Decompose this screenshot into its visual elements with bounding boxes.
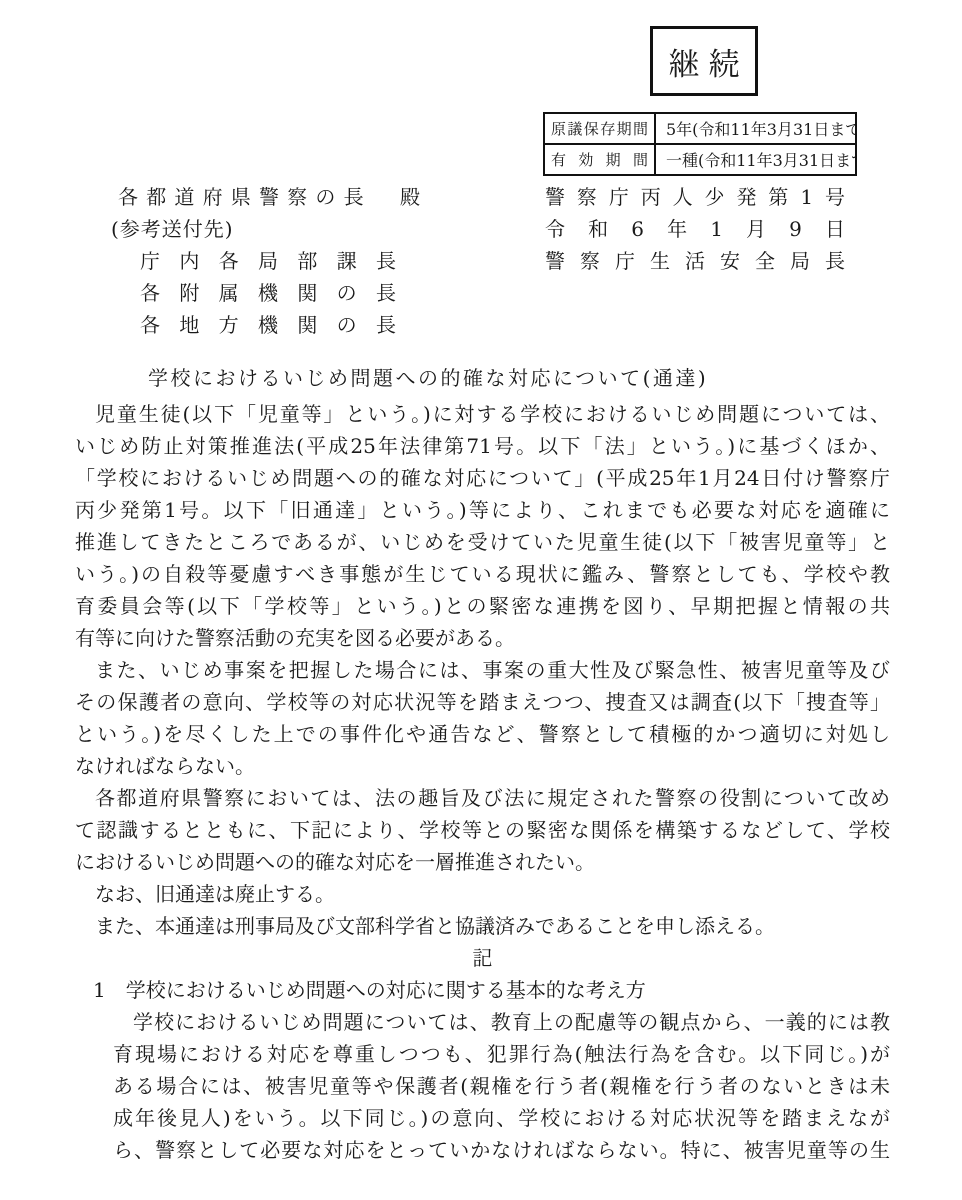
section-line: ある場合には、被害児童等や保護者(親権を行う者(親権を行う者のないときは未 bbox=[113, 1070, 890, 1102]
body-text: 児童生徒(以下「児童等」という。)に対する学校におけるいじめ問題については、 い… bbox=[75, 398, 890, 1166]
body-line: 丙少発第1号。以下「旧通達」という。)等により、これまでも必要な対応を適確に bbox=[75, 494, 890, 526]
table-row-validity: 有効期間 一種(令和11年3月31日まで) bbox=[544, 144, 856, 175]
table-row-retention: 原議保存期間 5年(令和11年3月31日まで) bbox=[544, 113, 856, 144]
section-heading: 1 学校におけるいじめ問題への対応に関する基本的な考え方 bbox=[93, 974, 890, 1006]
recipient-cc: 庁内各局部課長 bbox=[140, 245, 396, 277]
section-line: 成年後見人)をいう。以下同じ。)の意向、学校における対応状況等を踏まえなが bbox=[113, 1102, 890, 1134]
body-line: なお、旧通達は廃止する。 bbox=[75, 878, 890, 910]
body-line: 「学校におけるいじめ問題への的確な対応について」(平成25年1月24日付け警察庁 bbox=[75, 462, 890, 494]
section-line: 育現場における対応を尊重しつつも、犯罪行為(触法行為を含む。以下同じ。)が bbox=[113, 1038, 890, 1070]
body-line: て認識するとともに、下記により、学校等との緊密な関係を構築するなどして、学校 bbox=[75, 814, 890, 846]
recipient-block: 各都道府県警察の長 殿 (参考送付先) 庁内各局部課長 各附属機関の長 各地方機… bbox=[118, 181, 420, 341]
record-marker: 記 bbox=[75, 942, 890, 974]
section-line: 学校におけるいじめ問題については、教育上の配慮等の観点から、一義的には教 bbox=[113, 1006, 890, 1038]
retention-period-label: 原議保存期間 bbox=[544, 113, 655, 144]
body-line: いう。)の自殺等憂慮すべき事態が生じている現状に鑑み、警察としても、学校や教 bbox=[75, 558, 890, 590]
recipient-cc: 各附属機関の長 bbox=[140, 277, 396, 309]
validity-period-value: 一種(令和11年3月31日まで) bbox=[655, 144, 856, 175]
body-line: 育委員会等(以下「学校等」という。)との緊密な連携を図り、早期把握と情報の共 bbox=[75, 590, 890, 622]
retention-period-value: 5年(令和11年3月31日まで) bbox=[655, 113, 856, 144]
body-line: なければならない。 bbox=[75, 750, 890, 782]
recipient-main: 各都道府県警察の長 殿 bbox=[118, 181, 420, 213]
issue-date: 令和6年1月9日 bbox=[545, 213, 845, 245]
body-line: また、いじめ事案を把握した場合には、事案の重大性及び緊急性、被害児童等及び bbox=[75, 654, 890, 686]
recipient-cc: 各地方機関の長 bbox=[140, 309, 396, 341]
reference-note: (参考送付先) bbox=[111, 213, 420, 245]
retention-table: 原議保存期間 5年(令和11年3月31日まで) 有効期間 一種(令和11年3月3… bbox=[543, 112, 857, 176]
body-line: におけるいじめ問題への的確な対応を一層推進されたい。 bbox=[75, 846, 890, 878]
validity-period-label: 有効期間 bbox=[544, 144, 655, 175]
document-number: 警察庁丙人少発第1号 bbox=[545, 181, 845, 213]
issuance-block: 警察庁丙人少発第1号 令和6年1月9日 警察庁生活安全局長 bbox=[545, 181, 845, 277]
body-line: また、本通達は刑事局及び文部科学省と協議済みであることを申し添える。 bbox=[75, 910, 890, 942]
body-line: 各都道府県警察においては、法の趣旨及び法に規定された警察の役割について改め bbox=[75, 782, 890, 814]
body-line: という。)を尽くした上での事件化や通告など、警察として積極的かつ適切に対処し bbox=[75, 718, 890, 750]
document-page: 継続 原議保存期間 5年(令和11年3月31日まで) 有効期間 一種(令和11年… bbox=[0, 0, 962, 1200]
body-line: その保護者の意向、学校等の対応状況等を踏まえつつ、捜査又は調査(以下「捜査等」 bbox=[75, 686, 890, 718]
keizoku-stamp-label: 継続 bbox=[660, 39, 749, 84]
keizoku-stamp-box: 継続 bbox=[650, 26, 758, 96]
document-title: 学校におけるいじめ問題への的確な対応について(通達) bbox=[148, 362, 708, 394]
body-line: 児童生徒(以下「児童等」という。)に対する学校におけるいじめ問題については、 bbox=[75, 398, 890, 430]
body-line: 推進してきたところであるが、いじめを受けていた児童生徒(以下「被害児童等」と bbox=[75, 526, 890, 558]
body-line: 有等に向けた警察活動の充実を図る必要がある。 bbox=[75, 622, 890, 654]
section-line: ら、警察として必要な対応をとっていかなければならない。特に、被害児童等の生 bbox=[113, 1134, 890, 1166]
issuer-title: 警察庁生活安全局長 bbox=[545, 245, 845, 277]
body-line: いじめ防止対策推進法(平成25年法律第71号。以下「法」という。)に基づくほか、 bbox=[75, 430, 890, 462]
